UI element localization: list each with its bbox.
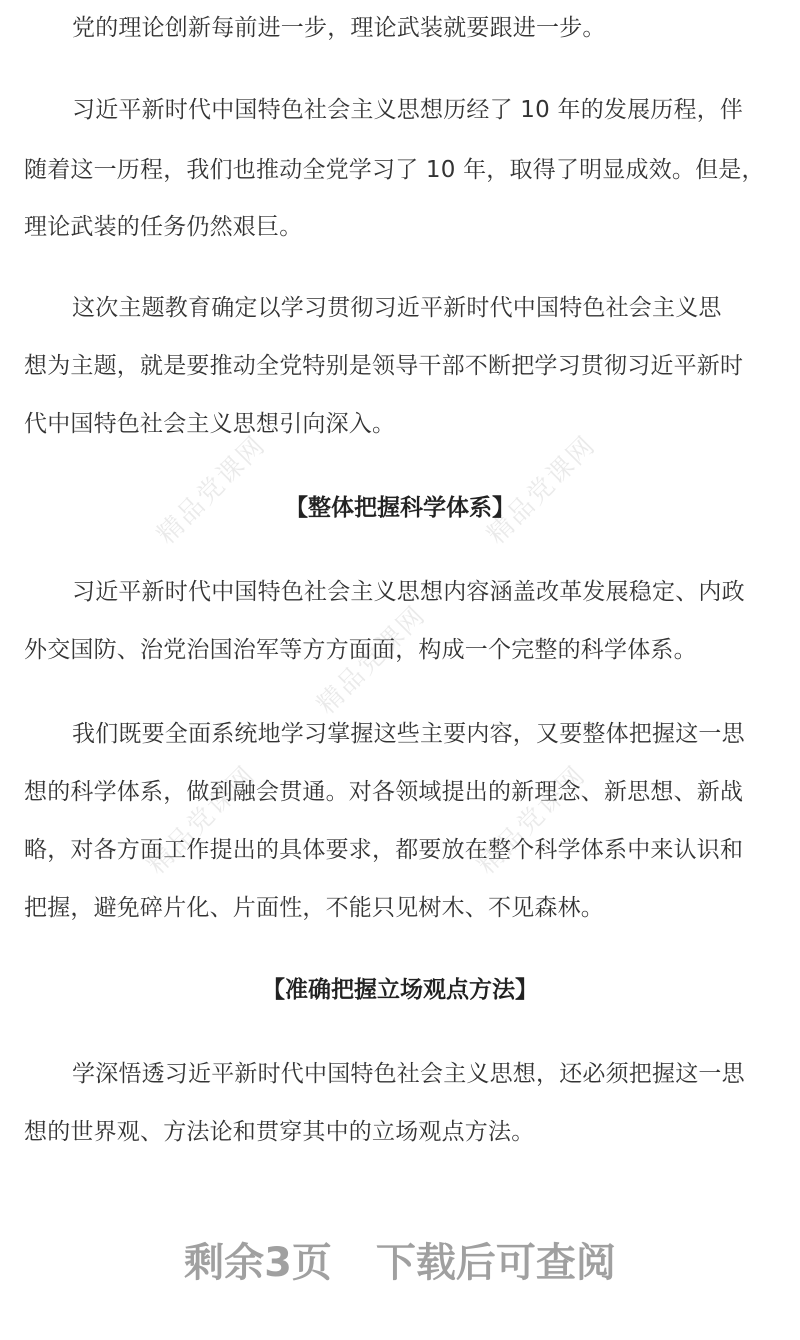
section-heading: 【准确把握立场观点方法】 xyxy=(0,975,800,1005)
paragraph-line: 学深悟透习近平新时代中国特色社会主义思想，还必须把握这一思 xyxy=(72,1059,780,1089)
document-page: 精品党课网 精品党课网 精品党课网 精品党课网 精品党课网 党的理论创新每前进一… xyxy=(0,0,800,1340)
paragraph-line: 习近平新时代中国特色社会主义思想历经了 10 年的发展历程，伴 xyxy=(72,95,780,125)
watermark: 精品党课网 xyxy=(477,426,602,551)
download-to-view-label: 下载后可查阅 xyxy=(376,1240,616,1286)
paragraph-line: 外交国防、治党治国治军等方方面面，构成一个完整的科学体系。 xyxy=(24,635,780,665)
paragraph-line: 习近平新时代中国特色社会主义思想内容涵盖改革发展稳定、内政 xyxy=(72,577,780,607)
paragraph-line: 代中国特色社会主义思想引向深入。 xyxy=(24,409,780,439)
paragraph-line: 想的世界观、方法论和贯穿其中的立场观点方法。 xyxy=(24,1117,780,1147)
paragraph-line: 把握，避免碎片化、片面性，不能只见树木、不见森林。 xyxy=(24,893,780,923)
watermark: 精品党课网 xyxy=(147,426,272,551)
paragraph-line: 这次主题教育确定以学习贯彻习近平新时代中国特色社会主义思 xyxy=(72,293,780,323)
remaining-pages-label: 剩余3页 xyxy=(184,1240,332,1286)
paragraph-line: 理论武装的任务仍然艰巨。 xyxy=(24,212,780,242)
section-heading: 【整体把握科学体系】 xyxy=(0,493,800,523)
paragraph-line: 想为主题，就是要推动全党特别是领导干部不断把学习贯彻习近平新时 xyxy=(24,351,780,381)
paragraph-line: 略，对各方面工作提出的具体要求，都要放在整个科学体系中来认识和 xyxy=(24,835,780,865)
paragraph-line: 党的理论创新每前进一步，理论武装就要跟进一步。 xyxy=(72,13,780,43)
paragraph-line: 我们既要全面系统地学习掌握这些主要内容，又要整体把握这一思 xyxy=(72,719,780,749)
paragraph-line: 随着这一历程，我们也推动全党学习了 10 年，取得了明显成效。但是， xyxy=(24,155,780,185)
download-notice[interactable]: 剩余3页下载后可查阅 xyxy=(0,1240,800,1286)
paragraph-line: 想的科学体系，做到融会贯通。对各领域提出的新理念、新思想、新战 xyxy=(24,777,780,807)
